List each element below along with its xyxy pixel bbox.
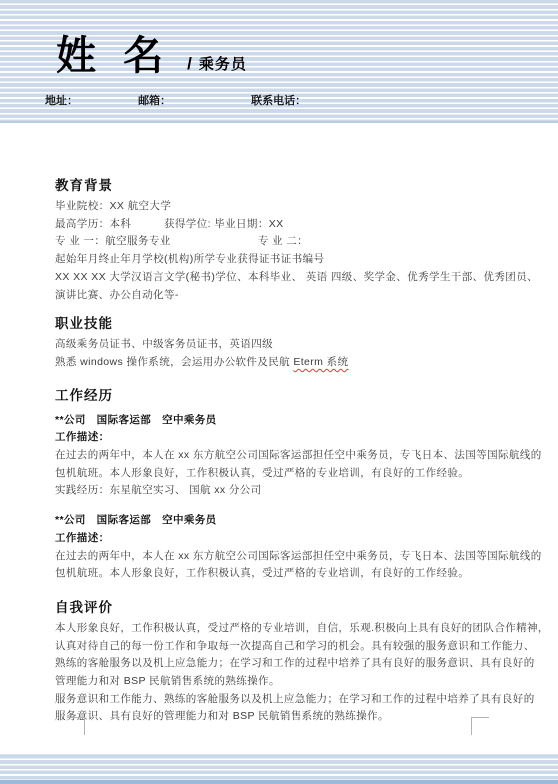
bold-text-line: 工作描述： xyxy=(55,429,530,447)
text-line: 高级乘务员证书、中级客务员证书，英语四级 xyxy=(55,336,530,354)
text-line: 在过去的两年中，本人在 xx 东方航空公司国际客运部担任空中乘务员，专飞日本、法… xyxy=(55,548,530,566)
text-line: 管理能力和对 BSP 民航销售系统的熟练操作。 xyxy=(55,673,530,691)
section: 工作经历**公司 国际客运部 空中乘务员工作描述：在过去的两年中，本人在 xx … xyxy=(55,387,530,583)
text-line: 服务意识、具有良好的管理能力和对 BSP 民航销售系统的熟练操作。 xyxy=(55,708,530,726)
bold-text-line: 工作描述： xyxy=(55,530,530,548)
slash-separator: / xyxy=(187,54,192,74)
bold-text-line: **公司 国际客运部 空中乘务员 xyxy=(55,412,530,430)
footer-stripes-banner xyxy=(0,754,558,784)
contact-email-label: 邮箱： xyxy=(138,92,248,108)
text-line: 本人形象良好，工作积极认真，受过严格的专业培训，自信，乐观.积极向上具有良好的团… xyxy=(55,620,530,638)
text-line: 毕业院校：XX 航空大学 xyxy=(55,198,530,216)
bold-text-line: **公司 国际客运部 空中乘务员 xyxy=(55,512,530,530)
section: 教育背景毕业院校：XX 航空大学最高学历：本科 获得学位: 毕业日期：XX专 业… xyxy=(55,177,530,304)
role-wrap: / 乘务员 xyxy=(187,53,247,74)
job-title: 乘务员 xyxy=(199,53,247,74)
resume-sections: 教育背景毕业院校：XX 航空大学最高学历：本科 获得学位: 毕业日期：XX专 业… xyxy=(55,177,530,726)
text-line: 包机航班。本人形象良好，工作积极认真，受过严格的专业培训，有良好的工作经验。 xyxy=(55,565,530,583)
header-name-row: 姓 名 / 乘务员 xyxy=(56,36,247,76)
text-line: 在过去的两年中，本人在 xx 东方航空公司国际客运部担任空中乘务员，专飞日本、法… xyxy=(55,447,530,465)
section-heading: 教育背景 xyxy=(55,177,530,195)
resume-document-page: 姓 名 / 乘务员 地址： 邮箱： 联系电话： 教育背景毕业院校：XX 航空大学… xyxy=(0,0,558,784)
contact-address-label: 地址： xyxy=(45,92,135,108)
text-line: 熟练的客舱服务以及机上应急能力；在学习和工作的过程中培养了具有良好的服务意识、具… xyxy=(55,655,530,673)
text-boundary-mark-left xyxy=(67,717,85,735)
section: 职业技能高级乘务员证书、中级客务员证书，英语四级熟悉 windows 操作系统，… xyxy=(55,315,530,371)
text-line: 最高学历：本科 获得学位: 毕业日期：XX xyxy=(55,216,530,234)
text-line: 起始年月终止年月学校(机构)所学专业获得证书证书编号 xyxy=(55,251,530,269)
text-line: 认真对待自己的每一份工作和争取每一次提高自己和学习的机会。具有较强的服务意识和工… xyxy=(55,638,530,656)
text-line: 熟悉 windows 操作系统，会运用办公软件及民航 Eterm 系统 xyxy=(55,354,530,372)
text-line: 包机航班。本人形象良好，工作积极认真，受过严格的专业培训，有良好的工作经验。 xyxy=(55,465,530,483)
section-heading: 自我评价 xyxy=(55,599,530,617)
text-line: 专 业 一：航空服务专业 专 业 二： xyxy=(55,233,530,251)
candidate-name: 姓 名 xyxy=(56,36,171,76)
contact-row: 地址： 邮箱： 联系电话： xyxy=(45,92,306,108)
text-line: 演讲比赛、办公自动化等- xyxy=(55,287,530,305)
text-boundary-mark-right xyxy=(471,717,489,735)
section: 自我评价本人形象良好，工作积极认真，受过严格的专业培训，自信，乐观.积极向上具有… xyxy=(55,599,530,726)
text-line: 实践经历：东星航空实习、 国航 xx 分公司 xyxy=(55,482,530,500)
text-line: XX XX XX 大学汉语言文学(秘书)学位、本科毕业、 英语 四级、奖学金、优… xyxy=(55,269,530,287)
spellcheck-underlined-text: Eterm 系统 xyxy=(293,356,348,368)
section-heading: 职业技能 xyxy=(55,315,530,333)
contact-phone-label: 联系电话： xyxy=(251,92,306,108)
section-heading: 工作经历 xyxy=(55,387,530,405)
text-line: 服务意识和工作能力、熟练的客舱服务以及机上应急能力；在学习和工作的过程中培养了具… xyxy=(55,691,530,709)
